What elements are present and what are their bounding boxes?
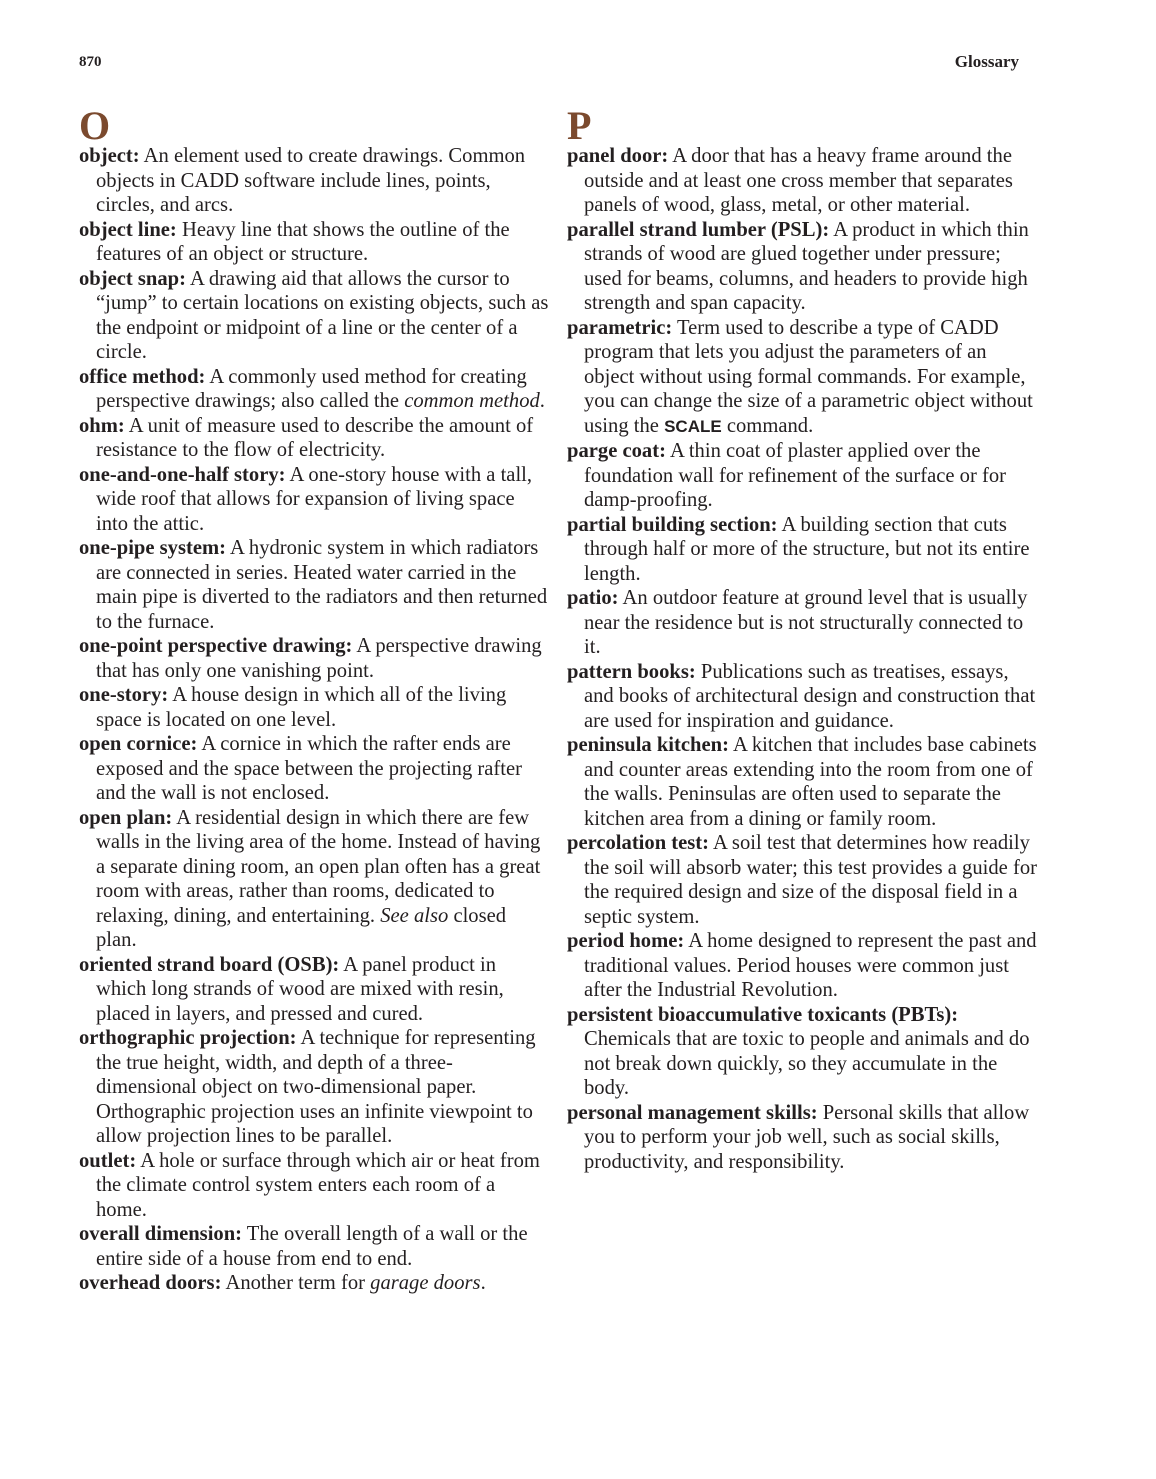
glossary-definition: A hole or surface through which air or h…	[96, 1150, 540, 1221]
glossary-entry: open cornice: A cornice in which the raf…	[79, 732, 549, 806]
running-head: Glossary	[955, 52, 1019, 72]
section-letter-o: O	[79, 106, 549, 144]
glossary-definition: A unit of measure used to describe the a…	[96, 415, 533, 462]
glossary-entry: office method: A commonly used method fo…	[79, 365, 549, 414]
glossary-definition: An outdoor feature at ground level that …	[584, 587, 1027, 658]
glossary-entry: one-point perspective drawing: A perspec…	[79, 634, 549, 683]
glossary-entry: overhead doors: Another term for garage …	[79, 1271, 549, 1296]
command-name: SCALE	[664, 417, 722, 436]
glossary-entry: object: An element used to create drawin…	[79, 144, 549, 218]
glossary-definition: Chemicals that are toxic to people and a…	[584, 1028, 1030, 1099]
glossary-entry: one-and-one-half story: A one-story hous…	[79, 463, 549, 537]
glossary-term: one-point perspective drawing:	[79, 635, 352, 657]
glossary-term: overall dimension:	[79, 1223, 242, 1245]
glossary-entry: patio: An outdoor feature at ground leve…	[567, 586, 1037, 660]
glossary-definition: An element used to create drawings. Comm…	[96, 145, 525, 216]
page-number: 870	[79, 54, 102, 71]
glossary-entry: pattern books: Publications such as trea…	[567, 660, 1037, 734]
italic-reference: See also	[380, 905, 448, 927]
glossary-term: partial building section:	[567, 514, 778, 536]
glossary-term: parge coat:	[567, 440, 666, 462]
glossary-column-right: P panel door: A door that has a heavy fr…	[567, 106, 1037, 1174]
glossary-definition: Another term for	[221, 1272, 370, 1294]
glossary-entry: object snap: A drawing aid that allows t…	[79, 267, 549, 365]
entry-list-o: object: An element used to create drawin…	[79, 144, 549, 1296]
glossary-term: persistent bioaccumulative toxicants (PB…	[567, 1004, 958, 1026]
glossary-entry: one-pipe system: A hydronic system in wh…	[79, 536, 549, 634]
glossary-term: one-story:	[79, 684, 168, 706]
glossary-term: pattern books:	[567, 661, 696, 683]
glossary-entry: one-story: A house design in which all o…	[79, 683, 549, 732]
glossary-term: personal management skills:	[567, 1102, 818, 1124]
glossary-term: office method:	[79, 366, 205, 388]
glossary-entry: peninsula kitchen: A kitchen that includ…	[567, 733, 1037, 831]
glossary-entry: personal management skills: Personal ski…	[567, 1101, 1037, 1175]
italic-reference: common method	[404, 390, 540, 412]
glossary-entry: panel door: A door that has a heavy fram…	[567, 144, 1037, 218]
glossary-term: outlet:	[79, 1150, 136, 1172]
glossary-term: patio:	[567, 587, 618, 609]
glossary-term: ohm:	[79, 415, 125, 437]
glossary-term: overhead doors:	[79, 1272, 221, 1294]
italic-reference: garage doors	[370, 1272, 480, 1294]
section-letter-p: P	[567, 106, 1037, 144]
glossary-entry: open plan: A residential design in which…	[79, 806, 549, 953]
glossary-term: object:	[79, 145, 140, 167]
glossary-term: parallel strand lumber (PSL):	[567, 219, 829, 241]
glossary-term: open plan:	[79, 807, 172, 829]
entry-list-p: panel door: A door that has a heavy fram…	[567, 144, 1037, 1174]
glossary-term: oriented strand board (OSB):	[79, 954, 339, 976]
definition-tail: .	[481, 1272, 486, 1294]
glossary-term: one-pipe system:	[79, 537, 226, 559]
definition-tail: command.	[722, 415, 814, 437]
glossary-entry: period home: A home designed to represen…	[567, 929, 1037, 1003]
glossary-entry: parallel strand lumber (PSL): A product …	[567, 218, 1037, 316]
glossary-entry: object line: Heavy line that shows the o…	[79, 218, 549, 267]
glossary-entry: percolation test: A soil test that deter…	[567, 831, 1037, 929]
glossary-term: parametric:	[567, 317, 672, 339]
glossary-term: one-and-one-half story:	[79, 464, 286, 486]
glossary-entry: partial building section: A building sec…	[567, 513, 1037, 587]
glossary-term: peninsula kitchen:	[567, 734, 729, 756]
definition-tail: .	[540, 390, 545, 412]
glossary-term: object line:	[79, 219, 177, 241]
glossary-term: orthographic projection:	[79, 1027, 297, 1049]
glossary-entry: outlet: A hole or surface through which …	[79, 1149, 549, 1223]
glossary-entry: overall dimension: The overall length of…	[79, 1222, 549, 1271]
glossary-term: percolation test:	[567, 832, 709, 854]
glossary-entry: orthographic projection: A technique for…	[79, 1026, 549, 1149]
glossary-entry: oriented strand board (OSB): A panel pro…	[79, 953, 549, 1027]
glossary-entry: parametric: Term used to describe a type…	[567, 316, 1037, 440]
glossary-column-left: O object: An element used to create draw…	[79, 106, 549, 1296]
glossary-entry: persistent bioaccumulative toxicants (PB…	[567, 1003, 1037, 1101]
glossary-entry: parge coat: A thin coat of plaster appli…	[567, 439, 1037, 513]
glossary-term: open cornice:	[79, 733, 197, 755]
glossary-entry: ohm: A unit of measure used to describe …	[79, 414, 549, 463]
glossary-term: panel door:	[567, 145, 668, 167]
glossary-term: period home:	[567, 930, 684, 952]
glossary-term: object snap:	[79, 268, 186, 290]
